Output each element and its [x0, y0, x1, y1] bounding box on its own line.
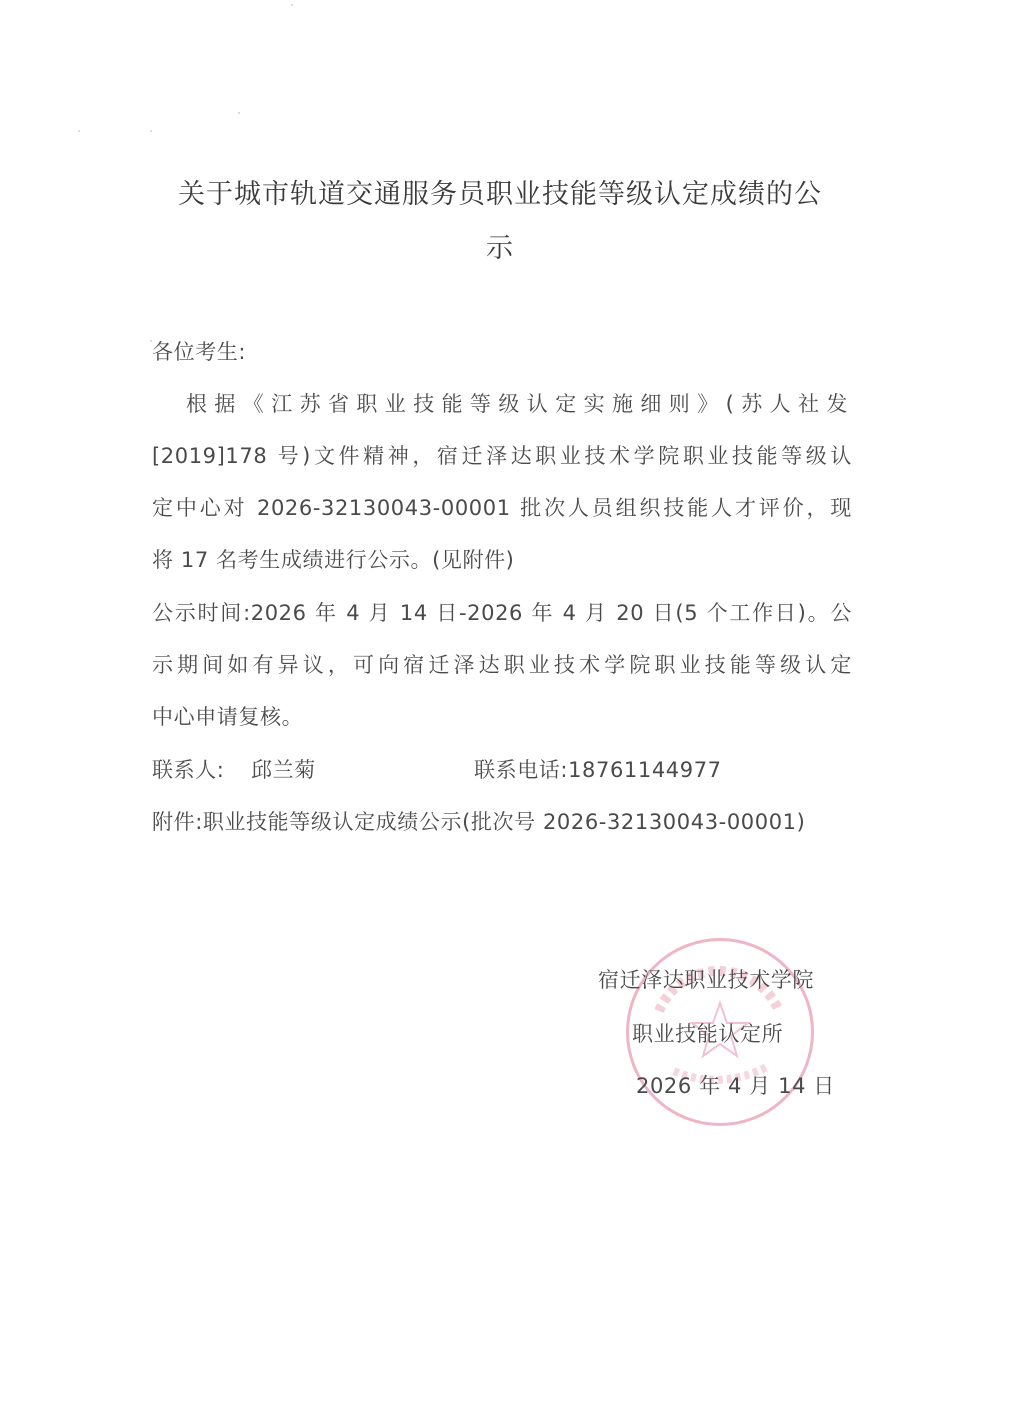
attachment-line: 附件:职业技能等级认定成绩公示(批次号 2026-32130043-00001) [152, 806, 852, 836]
notice-line: 示期间如有异议，可向宿迁泽达职业技术学院职业技能等级认定 [152, 649, 852, 679]
salutation: 各位考生: [152, 336, 852, 366]
signature-date: 2026 年 4 月 14 日 [636, 1070, 835, 1100]
document-title-line2: 示 [140, 226, 860, 265]
contact-phone-number: 18761144977 [568, 758, 722, 782]
notice-line: 公示时间:2026 年 4 月 14 日-2026 年 4 月 20 日(5 个… [152, 597, 852, 627]
document-page: 关于城市轨道交通服务员职业技能等级认定成绩的公 示 各位考生: 根据《江苏省职业… [0, 0, 1024, 1408]
body-line: 将 17 名考生成绩进行公示。(见附件) [152, 544, 852, 574]
contact-row: 联系人: 邱兰菊 联系电话:18761144977 [152, 754, 852, 784]
scan-speck [291, 4, 293, 6]
body-line: [2019]178 号)文件精神，宿迁泽达职业技术学院职业技能等级认 [152, 440, 852, 470]
body-line: 根据《江苏省职业技能等级认定实施细则》(苏人社发 [186, 388, 848, 418]
notice-line: 中心申请复核。 [152, 701, 852, 731]
contact-phone-label: 联系电话: [474, 758, 568, 782]
contact-person-label: 联系人: [152, 758, 224, 782]
scan-speck [78, 130, 80, 132]
contact-person-name: 邱兰菊 [251, 758, 316, 782]
body-line: 定中心对 2026-32130043-00001 批次人员组织技能人才评价，现 [152, 492, 852, 522]
signature-org-line2: 职业技能认定所 [632, 1018, 783, 1048]
scan-speck [150, 130, 152, 132]
document-title-line1: 关于城市轨道交通服务员职业技能等级认定成绩的公 [140, 172, 860, 211]
signature-org-line1: 宿迁泽达职业技术学院 [598, 964, 814, 994]
scan-speck [238, 112, 240, 114]
contact-phone-group: 联系电话:18761144977 [474, 754, 722, 784]
